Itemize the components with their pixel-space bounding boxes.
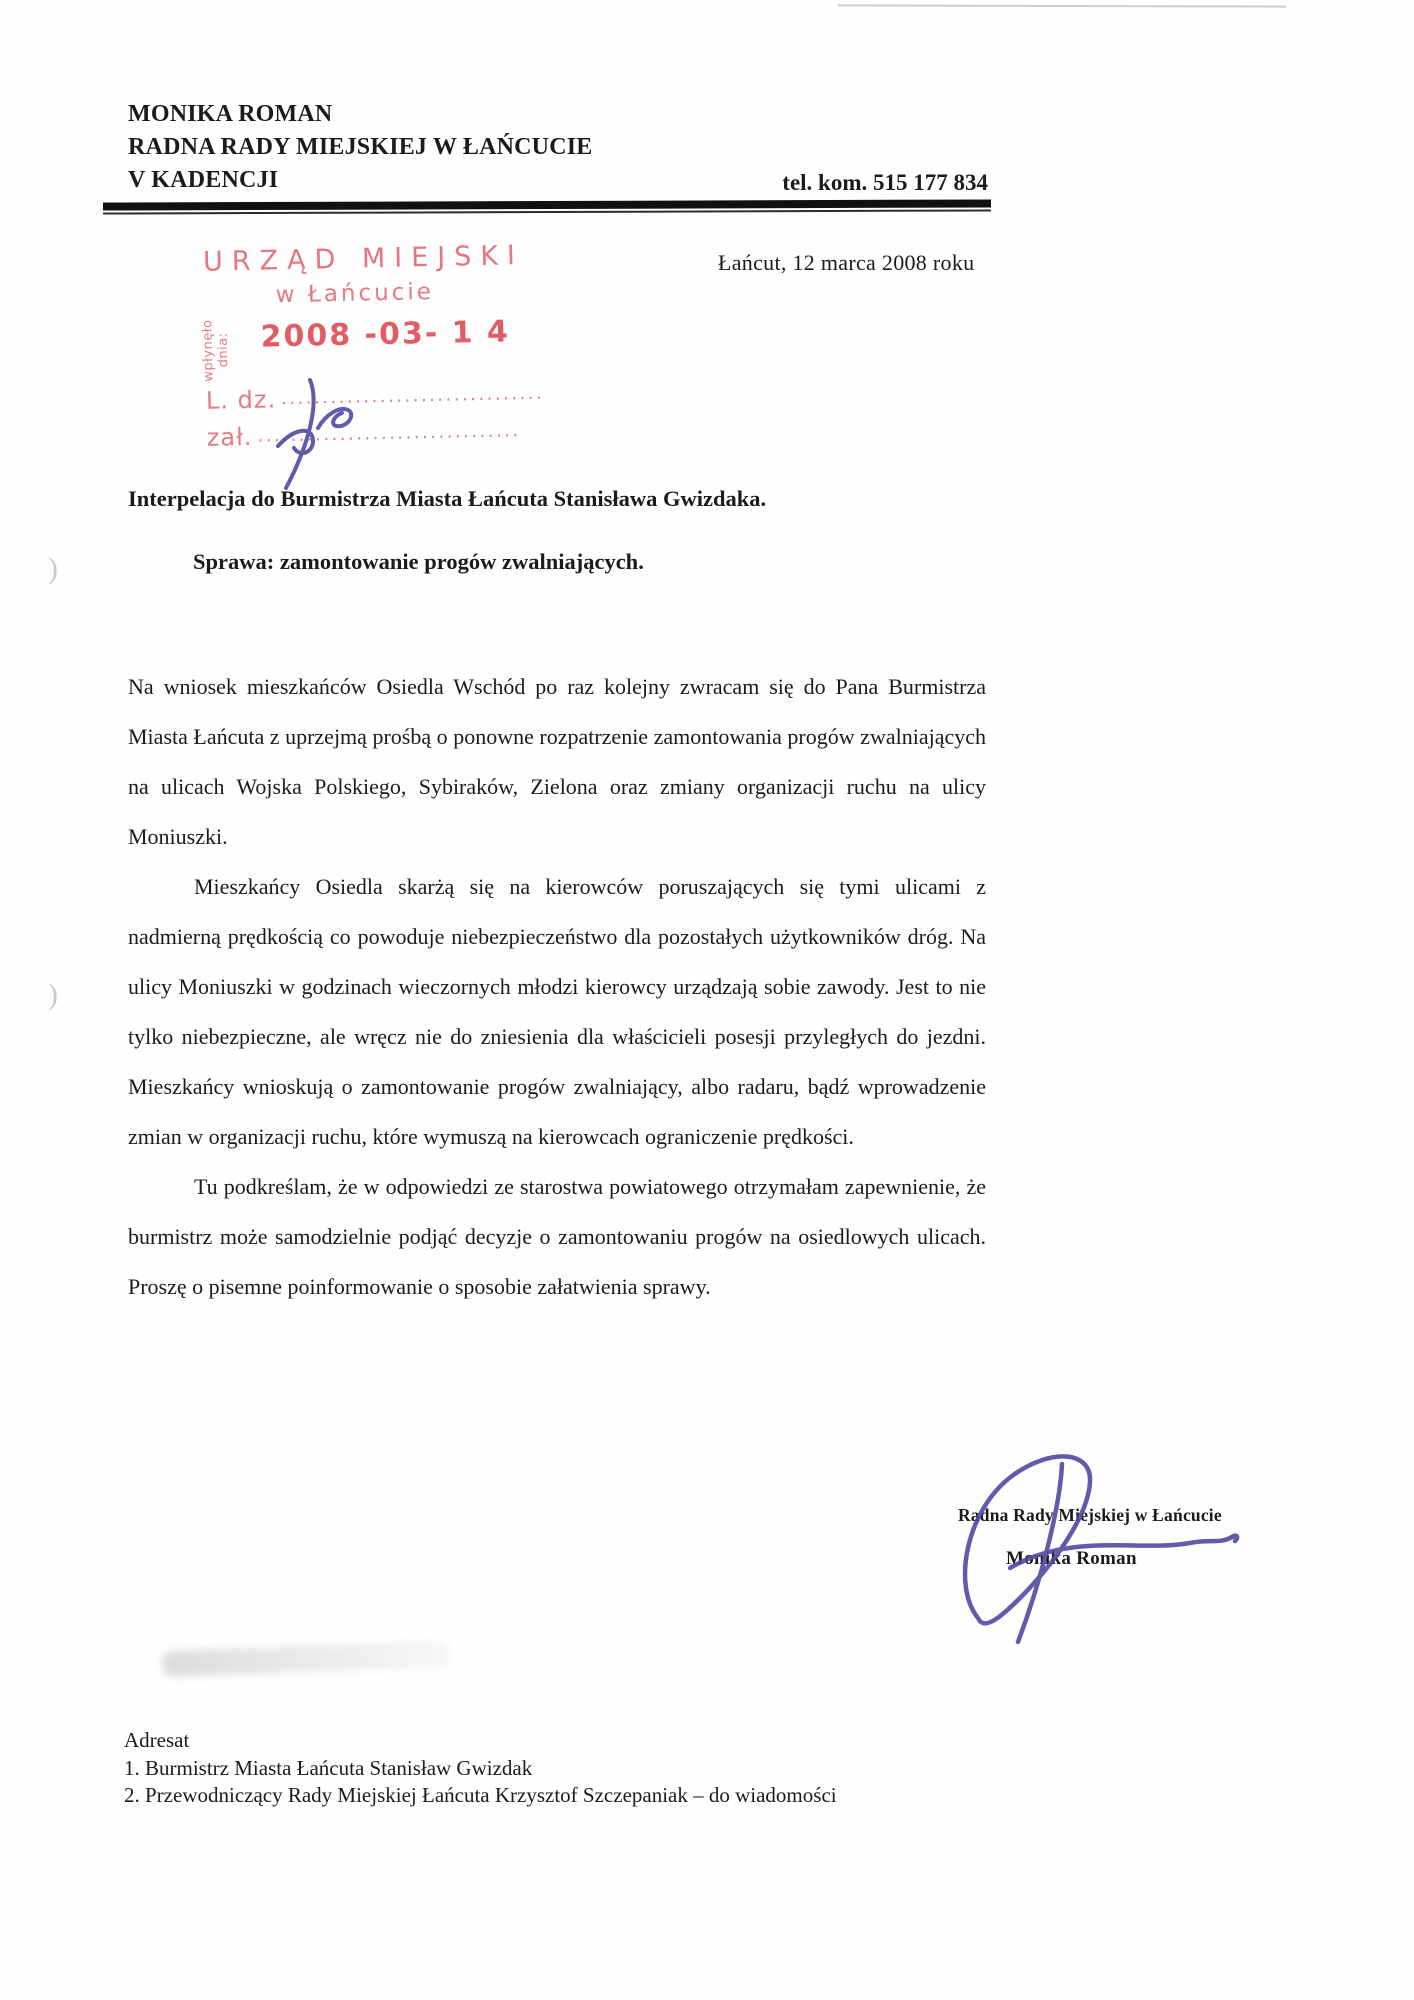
sender-term: V KADENCJI xyxy=(128,164,593,197)
stamp-ldz-line: L. dz. ................................ xyxy=(206,380,545,415)
stamp-office-city: w Łańcucie xyxy=(275,279,434,308)
scan-artifact-line xyxy=(838,4,1286,7)
handwritten-initials-ink xyxy=(260,376,372,494)
interpellation-heading: Interpelacja do Burmistrza Miasta Łańcut… xyxy=(128,486,766,512)
addressees-block: Adresat 1. Burmistrz Miasta Łańcuta Stan… xyxy=(124,1727,837,1810)
sender-title: RADNA RADY MIEJSKIEJ W ŁAŃCUCIE xyxy=(128,131,593,164)
header-divider xyxy=(103,199,991,215)
body-paragraph-3: Tu podkreślam, że w odpowiedzi ze staros… xyxy=(128,1162,986,1312)
sender-block: MONIKA ROMAN RADNA RADY MIEJSKIEJ W ŁAŃC… xyxy=(128,98,593,197)
body-paragraph-2: Mieszkańcy Osiedla skarżą się na kierowc… xyxy=(128,862,986,1162)
case-subject-line: Sprawa: zamontowanie progów zwalniającyc… xyxy=(193,549,644,575)
office-received-stamp: URZĄD MIEJSKI w Łańcucie wpłynęło dnia: … xyxy=(203,239,568,466)
header-divider-thin-line xyxy=(103,209,991,214)
body-paragraph-1: Na wniosek mieszkańców Osiedla Wschód po… xyxy=(128,662,986,862)
scan-artifact-paren: ) xyxy=(48,552,58,586)
addressee-item: 2. Przewodniczący Rady Miejskiej Łańcuta… xyxy=(124,1782,837,1810)
scan-artifact-smudge xyxy=(162,1641,453,1677)
stamp-office-name: URZĄD MIEJSKI xyxy=(203,240,525,278)
stamp-received-label: wpłynęło dnia: xyxy=(200,304,232,397)
sender-name: MONIKA ROMAN xyxy=(128,98,593,131)
addressee-item: 1. Burmistrz Miasta Łańcuta Stanisław Gw… xyxy=(124,1755,837,1783)
scan-artifact-paren: ) xyxy=(48,978,58,1012)
stamp-zal-label: zał. xyxy=(206,423,252,452)
sender-phone: tel. kom. 515 177 834 xyxy=(700,170,988,196)
header-divider-thick-line xyxy=(103,199,991,210)
handwritten-signature-ink xyxy=(940,1446,1262,1648)
place-date-line: Łańcut, 12 marca 2008 roku xyxy=(718,250,974,276)
stamp-date: 2008 -03- 1 4 xyxy=(260,314,510,354)
letter-body: Na wniosek mieszkańców Osiedla Wschód po… xyxy=(128,662,986,1312)
addressees-label: Adresat xyxy=(124,1727,837,1755)
scanned-letter-page: ) ) MONIKA ROMAN RADNA RADY MIEJSKIEJ W … xyxy=(0,0,1414,2000)
